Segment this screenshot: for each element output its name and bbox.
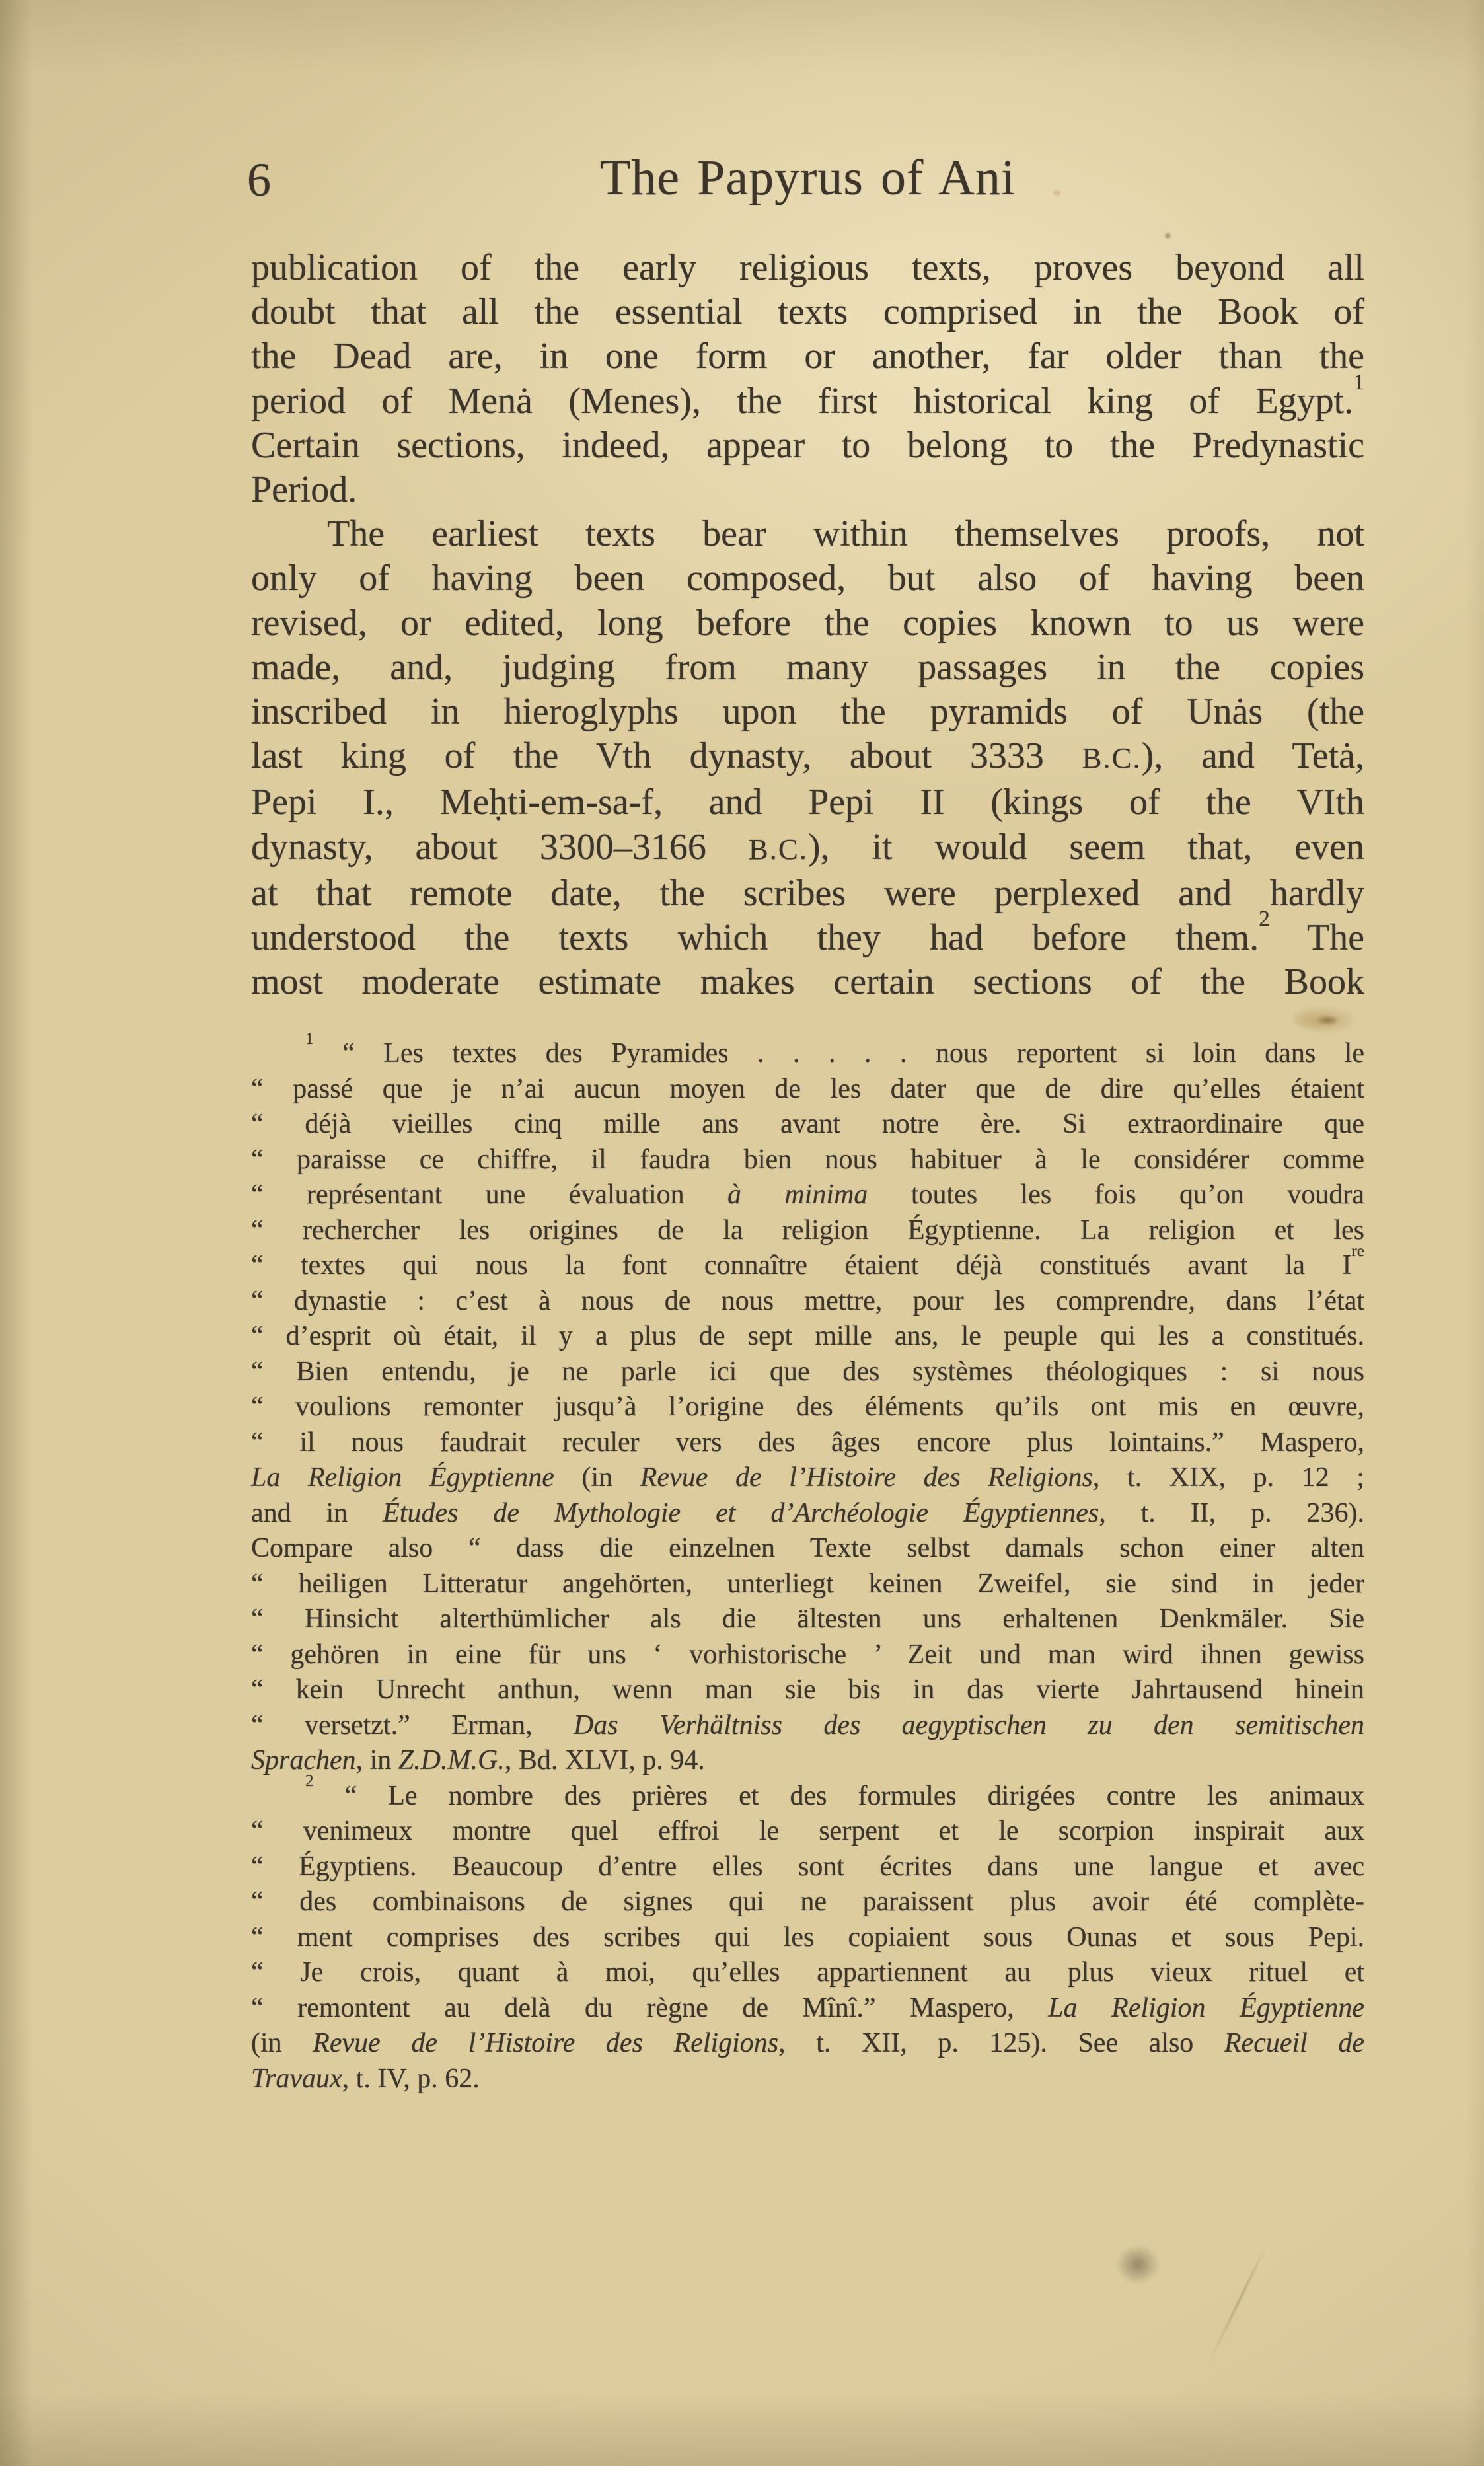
main-text-line: dynasty, about 3300–3166 B.C.), it would… [251,825,1364,872]
text-segment: “ ment comprises des scribes qui les cop… [251,1922,1364,1953]
footnote-line: “ passé que je n’ai aucun moyen de les d… [251,1072,1364,1107]
text-segment: , t. II, p. 236). [1099,1498,1364,1528]
main-text-line: Period. [251,468,1364,512]
text-segment: Das Verhältniss des aegyptischen zu den … [574,1710,1364,1740]
text-segment: à minima [727,1179,868,1210]
footnote-line: “ gehören in eine für uns ‘ vorhistorisc… [251,1637,1364,1673]
text-segment: “ d’esprit où était, il y a plus de sept… [251,1321,1364,1351]
footnote-line: “ d’esprit où était, il y a plus de sept… [251,1319,1364,1355]
text-segment: inscribed in hieroglyphs upon the pyrami… [251,691,1364,732]
footnote-line: Sprachen, in Z.D.M.G., Bd. XLVI, p. 94. [251,1743,1364,1779]
footnote-1: 1 “ Les textes des Pyramides . . . . . n… [251,1036,1364,1779]
text-segment: Revue de l’Histoire des Religions [640,1462,1093,1493]
text-segment: , t. XII, p. 125). See also [778,2028,1224,2058]
text-segment: understood the texts which they had befo… [251,917,1259,958]
main-text-line: most moderate estimate makes certain sec… [251,960,1364,1004]
text-segment: The [1270,917,1364,958]
text-segment: , Bd. XLVI, p. 94. [505,1745,705,1775]
text-segment: last king of the Vth dynasty, about 3333 [251,735,1082,776]
footnote-line: “ venimeux montre quel effroi le serpent… [251,1814,1364,1849]
main-text-line: The earliest texts bear within themselve… [251,512,1364,556]
main-text-line: Pepi I., Meḥti-em-sa-f, and Pepi II (kin… [251,780,1364,825]
text-segment: “ venimeux montre quel effroi le serpent… [251,1816,1364,1846]
footnote-line: La Religion Égyptienne (in Revue de l’Hi… [251,1460,1364,1496]
text-segment: “ rechercher les origines de la religion… [251,1215,1364,1246]
footnote-line: “ Hinsicht alterthümlicher als die ältes… [251,1602,1364,1637]
text-segment: “ Le nombre des prières et des formules … [314,1781,1364,1811]
paper-stain-mid-core [1316,1015,1340,1026]
footnote-line: (in Revue de l’Histoire des Religions, t… [251,2026,1364,2062]
page-title: The Papyrus of Ani [251,149,1364,206]
text-segment: “ Les textes des Pyramides . . . . . nou… [314,1038,1364,1068]
footnote-reference: re [1351,1242,1364,1260]
text-segment: and in [251,1498,383,1528]
footnote-reference: 2 [1259,907,1270,931]
footnote-2: 2 “ Le nombre des prières et des formule… [251,1779,1364,2097]
text-segment: , t. XIX, p. 12 ; [1093,1462,1364,1493]
text-segment: Sprachen [251,1745,356,1775]
footnote-line: and in Études de Mythologie et d’Archéol… [251,1496,1364,1532]
text-segment: “ Je crois, quant à moi, qu’elles appart… [251,1957,1364,1988]
main-text-line: last king of the Vth dynasty, about 3333… [251,734,1364,780]
footnote-line: “ textes qui nous la font connaître étai… [251,1248,1364,1284]
text-segment: The earliest texts bear within themselve… [327,513,1364,554]
text-segment: “ voulions remonter jusqu’à l’origine de… [251,1392,1364,1422]
paper-crease [1208,2243,1267,2363]
text-segment: “ dynastie : c’est à nous de nous mettre… [251,1286,1364,1316]
footnote-reference: 2 [305,1772,314,1790]
paper-speck-1 [1165,233,1171,239]
text-segment: “ déjà vieilles cinq mille ans avant not… [251,1109,1364,1139]
footnote-line: “ versetzt.” Erman, Das Verhältniss des … [251,1708,1364,1744]
text-segment: Études de Mythologie et d’Archéologie Ég… [383,1498,1099,1528]
footnote-line: “ ment comprises des scribes qui les cop… [251,1920,1364,1956]
main-text-line: at that remote date, the scribes were pe… [251,872,1364,916]
text-segment: ), it would seem that, even [808,827,1364,868]
text-segment: (in [251,2028,313,2058]
page-header: 6 The Papyrus of Ani [251,149,1364,210]
main-text-line: period of Menȧ (Menes), the first histor… [251,379,1364,424]
text-segment: “ kein Unrecht anthun, wenn man sie bis … [251,1674,1364,1705]
main-text-line: Certain sections, indeed, appear to belo… [251,424,1364,468]
footnote-line: “ Je crois, quant à moi, qu’elles appart… [251,1955,1364,1991]
text-segment: made, and, judging from many passages in… [251,647,1364,688]
footnote-line: “ des combinaisons de signes qui ne para… [251,1885,1364,1920]
footnote-line: “ Égyptiens. Beaucoup d’entre elles sont… [251,1849,1364,1885]
footnote-line: “ voulions remonter jusqu’à l’origine de… [251,1390,1364,1425]
footnote-line: “ dynastie : c’est à nous de nous mettre… [251,1284,1364,1320]
footnote-reference: 1 [1353,370,1364,394]
text-segment: Travaux [251,2064,342,2094]
text-segment: Compare also “ dass die einzelnen Texte … [251,1533,1364,1563]
text-segment: only of having been composed, but also o… [251,558,1364,599]
footnote-line: “ Bien entendu, je ne parle ici que des … [251,1355,1364,1390]
main-text-line: only of having been composed, but also o… [251,556,1364,601]
main-text-line: understood the texts which they had befo… [251,916,1364,960]
text-segment: “ il nous faudrait reculer vers des âges… [251,1427,1364,1458]
text-segment: La Religion Égyptienne [1048,1993,1364,2023]
footnote-line: 2 “ Le nombre des prières et des formule… [251,1779,1364,1814]
footnote-line: “ heiligen Litteratur angehörten, unterl… [251,1567,1364,1602]
text-segment: , in [356,1745,398,1775]
footnote-line: “ kein Unrecht anthun, wenn man sie bis … [251,1672,1364,1708]
text-segment: “ Hinsicht alterthümlicher als die ältes… [251,1604,1364,1634]
text-segment: toutes les fois qu’on voudra [868,1179,1364,1210]
footnote-line: “ il nous faudrait reculer vers des âges… [251,1425,1364,1461]
text-segment: “ des combinaisons de signes qui ne para… [251,1887,1364,1917]
paper-stain-bottom [1115,2244,1160,2285]
paper-stain-mid [1294,1006,1357,1032]
text-segment: (in [554,1462,640,1493]
text-segment: La Religion Égyptienne [251,1462,554,1493]
text-segment: most moderate estimate makes certain sec… [251,961,1364,1002]
footnotes: 1 “ Les textes des Pyramides . . . . . n… [251,1036,1364,2097]
text-segment: “ passé que je n’ai aucun moyen de les d… [251,1074,1364,1104]
text-segment: “ remontent au delà du règne de Mînî.” M… [251,1993,1048,2023]
book-page: 6 The Papyrus of Ani publication of the … [0,0,1484,2466]
text-segment: Pepi I., Meḥti-em-sa-f, and Pepi II (kin… [251,782,1364,823]
text-segment: Period. [251,469,357,510]
text-segment: “ paraisse ce chiffre, il faudra bien no… [251,1144,1364,1175]
text-segment: Recueil de [1224,2028,1364,2058]
main-text: publication of the early religious texts… [251,246,1364,1004]
main-text-line: publication of the early religious texts… [251,246,1364,290]
footnote-line: “ représentant une évaluation à minima t… [251,1177,1364,1213]
text-segment: “ Bien entendu, je ne parle ici que des … [251,1357,1364,1387]
text-segment: B.C. [1082,741,1141,774]
main-text-line: doubt that all the essential texts compr… [251,290,1364,334]
footnote-reference: 1 [305,1030,314,1048]
text-segment: “ versetzt.” Erman, [251,1710,574,1740]
text-segment: “ Égyptiens. Beaucoup d’entre elles sont… [251,1851,1364,1882]
text-segment: “ textes qui nous la font connaître étai… [251,1250,1351,1281]
text-segment: publication of the early religious texts… [251,247,1364,288]
text-segment: “ représentant une évaluation [251,1179,727,1210]
main-text-line: inscribed in hieroglyphs upon the pyrami… [251,690,1364,734]
text-segment: Z.D.M.G. [398,1745,505,1775]
text-segment: revised, or edited, long before the copi… [251,603,1364,644]
text-segment: the Dead are, in one form or another, fa… [251,336,1364,377]
footnote-line: “ remontent au delà du règne de Mînî.” M… [251,1991,1364,2027]
footnote-line: “ paraisse ce chiffre, il faudra bien no… [251,1142,1364,1178]
main-text-line: the Dead are, in one form or another, fa… [251,334,1364,379]
main-text-line: made, and, judging from many passages in… [251,646,1364,690]
text-segment: doubt that all the essential texts compr… [251,291,1364,332]
footnote-line: “ rechercher les origines de la religion… [251,1213,1364,1249]
footnote-line: “ déjà vieilles cinq mille ans avant not… [251,1107,1364,1142]
text-segment: “ gehören in eine für uns ‘ vorhistorisc… [251,1639,1364,1670]
text-segment: , t. IV, p. 62. [342,2064,480,2094]
text-segment: Certain sections, indeed, appear to belo… [251,425,1364,466]
text-segment: B.C. [749,833,808,866]
text-segment: “ heiligen Litteratur angehörten, unterl… [251,1569,1364,1599]
text-segment: period of Menȧ (Menes), the first histor… [251,381,1353,422]
main-text-line: revised, or edited, long before the copi… [251,601,1364,646]
text-segment: dynasty, about 3300–3166 [251,827,749,868]
footnote-line: 1 “ Les textes des Pyramides . . . . . n… [251,1036,1364,1072]
text-segment: ), and Tetȧ, [1142,735,1364,776]
footnote-line: Travaux, t. IV, p. 62. [251,2062,1364,2097]
text-segment: at that remote date, the scribes were pe… [251,873,1364,914]
footnote-line: Compare also “ dass die einzelnen Texte … [251,1531,1364,1567]
text-segment: Revue de l’Histoire des Religions [313,2028,778,2058]
